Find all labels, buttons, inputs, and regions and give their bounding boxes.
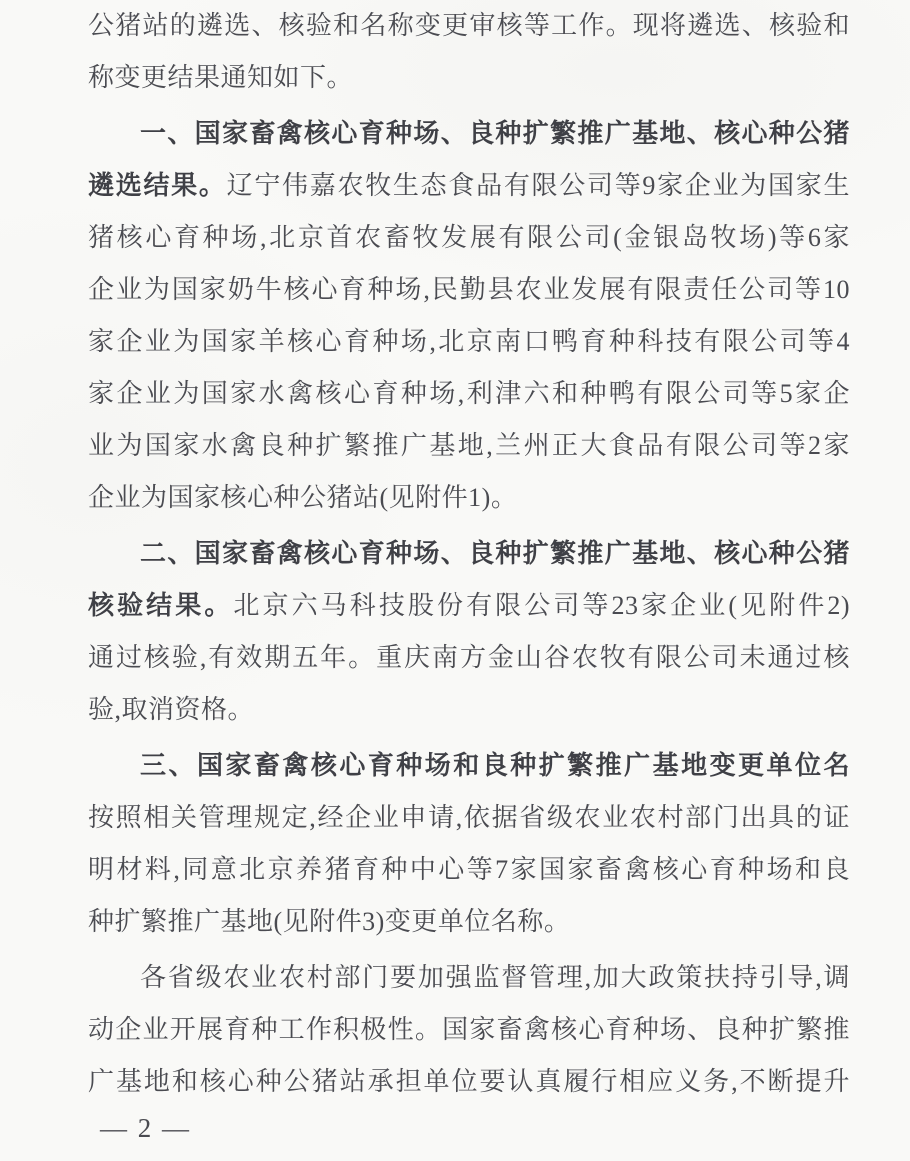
closing-paragraph: 各省级农业农村部门要加强监督管理,加大政策扶持引导,调动企业开展育种工作积极性。… bbox=[88, 952, 850, 1108]
text-line: 公猪站的遴选、核验和名称变更审核等工作。现将遴选、核验和名 bbox=[88, 0, 850, 52]
body-text: 验,取消资格。 bbox=[88, 695, 254, 724]
body-text: 北京六马科技股份有限公司等23家企业(见附件2) bbox=[233, 591, 850, 620]
text-line: 明材料,同意北京养猪育种中心等7家国家畜禽核心育种场和良 bbox=[88, 844, 850, 896]
text-line: 种扩繁推广基地(见附件3)变更单位名称。 bbox=[88, 896, 850, 948]
heading-bold-text: 遴选结果。 bbox=[88, 171, 227, 200]
text-line: 通过核验,有效期五年。重庆南方金山谷农牧有限公司未通过核 bbox=[88, 632, 850, 684]
body-text: 企业为国家奶牛核心育种场,民勤县农业发展有限责任公司等10 bbox=[88, 275, 850, 304]
body-text: 按照相关管理规定,经企业申请,依据省级农业农村部门出具的证 bbox=[88, 803, 850, 832]
text-line: 称变更结果通知如下。 bbox=[88, 52, 850, 104]
text-line: 一、国家畜禽核心育种场、良种扩繁推广基地、核心种公猪站 bbox=[88, 108, 850, 160]
scanned-document-page: 公猪站的遴选、核验和名称变更审核等工作。现将遴选、核验和名称变更结果通知如下。一… bbox=[0, 0, 910, 1161]
body-text: 家企业为国家水禽核心育种场,利津六和种鸭有限公司等5家企 bbox=[88, 379, 850, 408]
text-line: 按照相关管理规定,经企业申请,依据省级农业农村部门出具的证 bbox=[88, 792, 850, 844]
text-line: 二、国家畜禽核心育种场、良种扩繁推广基地、核心种公猪站 bbox=[88, 528, 850, 580]
body-text: 公猪站的遴选、核验和名称变更审核等工作。现将遴选、核验和名 bbox=[88, 11, 850, 52]
body-text: 猪核心育种场,北京首农畜牧发展有限公司(金银岛牧场)等6家 bbox=[88, 223, 850, 252]
text-line: 广基地和核心种公猪站承担单位要认真履行相应义务,不断提升 bbox=[88, 1056, 850, 1108]
body-text: 广基地和核心种公猪站承担单位要认真履行相应义务,不断提升 bbox=[88, 1067, 850, 1096]
body-text: 业为国家水禽良种扩繁推广基地,兰州正大食品有限公司等2家 bbox=[88, 431, 850, 460]
text-line: 业为国家水禽良种扩繁推广基地,兰州正大食品有限公司等2家 bbox=[88, 420, 850, 472]
text-line: 各省级农业农村部门要加强监督管理,加大政策扶持引导,调 bbox=[88, 952, 850, 1004]
heading-bold-text: 核验结果。 bbox=[88, 591, 233, 620]
heading-bold-text: 一、国家畜禽核心育种场、良种扩繁推广基地、核心种公猪站 bbox=[140, 119, 850, 160]
continuation-paragraph: 公猪站的遴选、核验和名称变更审核等工作。现将遴选、核验和名称变更结果通知如下。 bbox=[88, 0, 850, 104]
section-1-selection-results: 一、国家畜禽核心育种场、良种扩繁推广基地、核心种公猪站遴选结果。辽宁伟嘉农牧生态… bbox=[88, 108, 850, 524]
section-2-verification-results: 二、国家畜禽核心育种场、良种扩繁推广基地、核心种公猪站核验结果。北京六马科技股份… bbox=[88, 528, 850, 736]
text-line: 遴选结果。辽宁伟嘉农牧生态食品有限公司等9家企业为国家生 bbox=[88, 160, 850, 212]
text-line: 猪核心育种场,北京首农畜牧发展有限公司(金银岛牧场)等6家 bbox=[88, 212, 850, 264]
section-3-name-changes: 三、国家畜禽核心育种场和良种扩繁推广基地变更单位名称。按照相关管理规定,经企业申… bbox=[88, 740, 850, 948]
body-text: 称变更结果通知如下。 bbox=[88, 63, 353, 92]
body-text: 通过核验,有效期五年。重庆南方金山谷农牧有限公司未通过核 bbox=[88, 643, 850, 672]
page-number: — 2 — bbox=[88, 1108, 850, 1148]
text-line: 动企业开展育种工作积极性。国家畜禽核心育种场、良种扩繁推 bbox=[88, 1004, 850, 1056]
body-text: 各省级农业农村部门要加强监督管理,加大政策扶持引导,调 bbox=[140, 963, 850, 992]
body-text: 动企业开展育种工作积极性。国家畜禽核心育种场、良种扩繁推 bbox=[88, 1015, 850, 1044]
text-line: 家企业为国家水禽核心育种场,利津六和种鸭有限公司等5家企 bbox=[88, 368, 850, 420]
body-text: 种扩繁推广基地(见附件3)变更单位名称。 bbox=[88, 907, 570, 936]
body-text: 辽宁伟嘉农牧生态食品有限公司等9家企业为国家生 bbox=[227, 171, 850, 200]
text-line: 企业为国家奶牛核心育种场,民勤县农业发展有限责任公司等10 bbox=[88, 264, 850, 316]
text-line: 验,取消资格。 bbox=[88, 684, 850, 736]
text-line: 核验结果。北京六马科技股份有限公司等23家企业(见附件2) bbox=[88, 580, 850, 632]
heading-bold-text: 三、国家畜禽核心育种场和良种扩繁推广基地变更单位名称。 bbox=[140, 751, 850, 792]
document-body: 公猪站的遴选、核验和名称变更审核等工作。现将遴选、核验和名称变更结果通知如下。一… bbox=[88, 0, 850, 1148]
text-line: 家企业为国家羊核心育种场,北京南口鸭育种科技有限公司等4 bbox=[88, 316, 850, 368]
text-line: 三、国家畜禽核心育种场和良种扩繁推广基地变更单位名称。 bbox=[88, 740, 850, 792]
body-text: 明材料,同意北京养猪育种中心等7家国家畜禽核心育种场和良 bbox=[88, 855, 850, 884]
body-text: 企业为国家核心种公猪站(见附件1)。 bbox=[88, 483, 517, 512]
body-text: 家企业为国家羊核心育种场,北京南口鸭育种科技有限公司等4 bbox=[88, 327, 850, 356]
heading-bold-text: 二、国家畜禽核心育种场、良种扩繁推广基地、核心种公猪站 bbox=[140, 539, 850, 580]
text-line: 企业为国家核心种公猪站(见附件1)。 bbox=[88, 472, 850, 524]
